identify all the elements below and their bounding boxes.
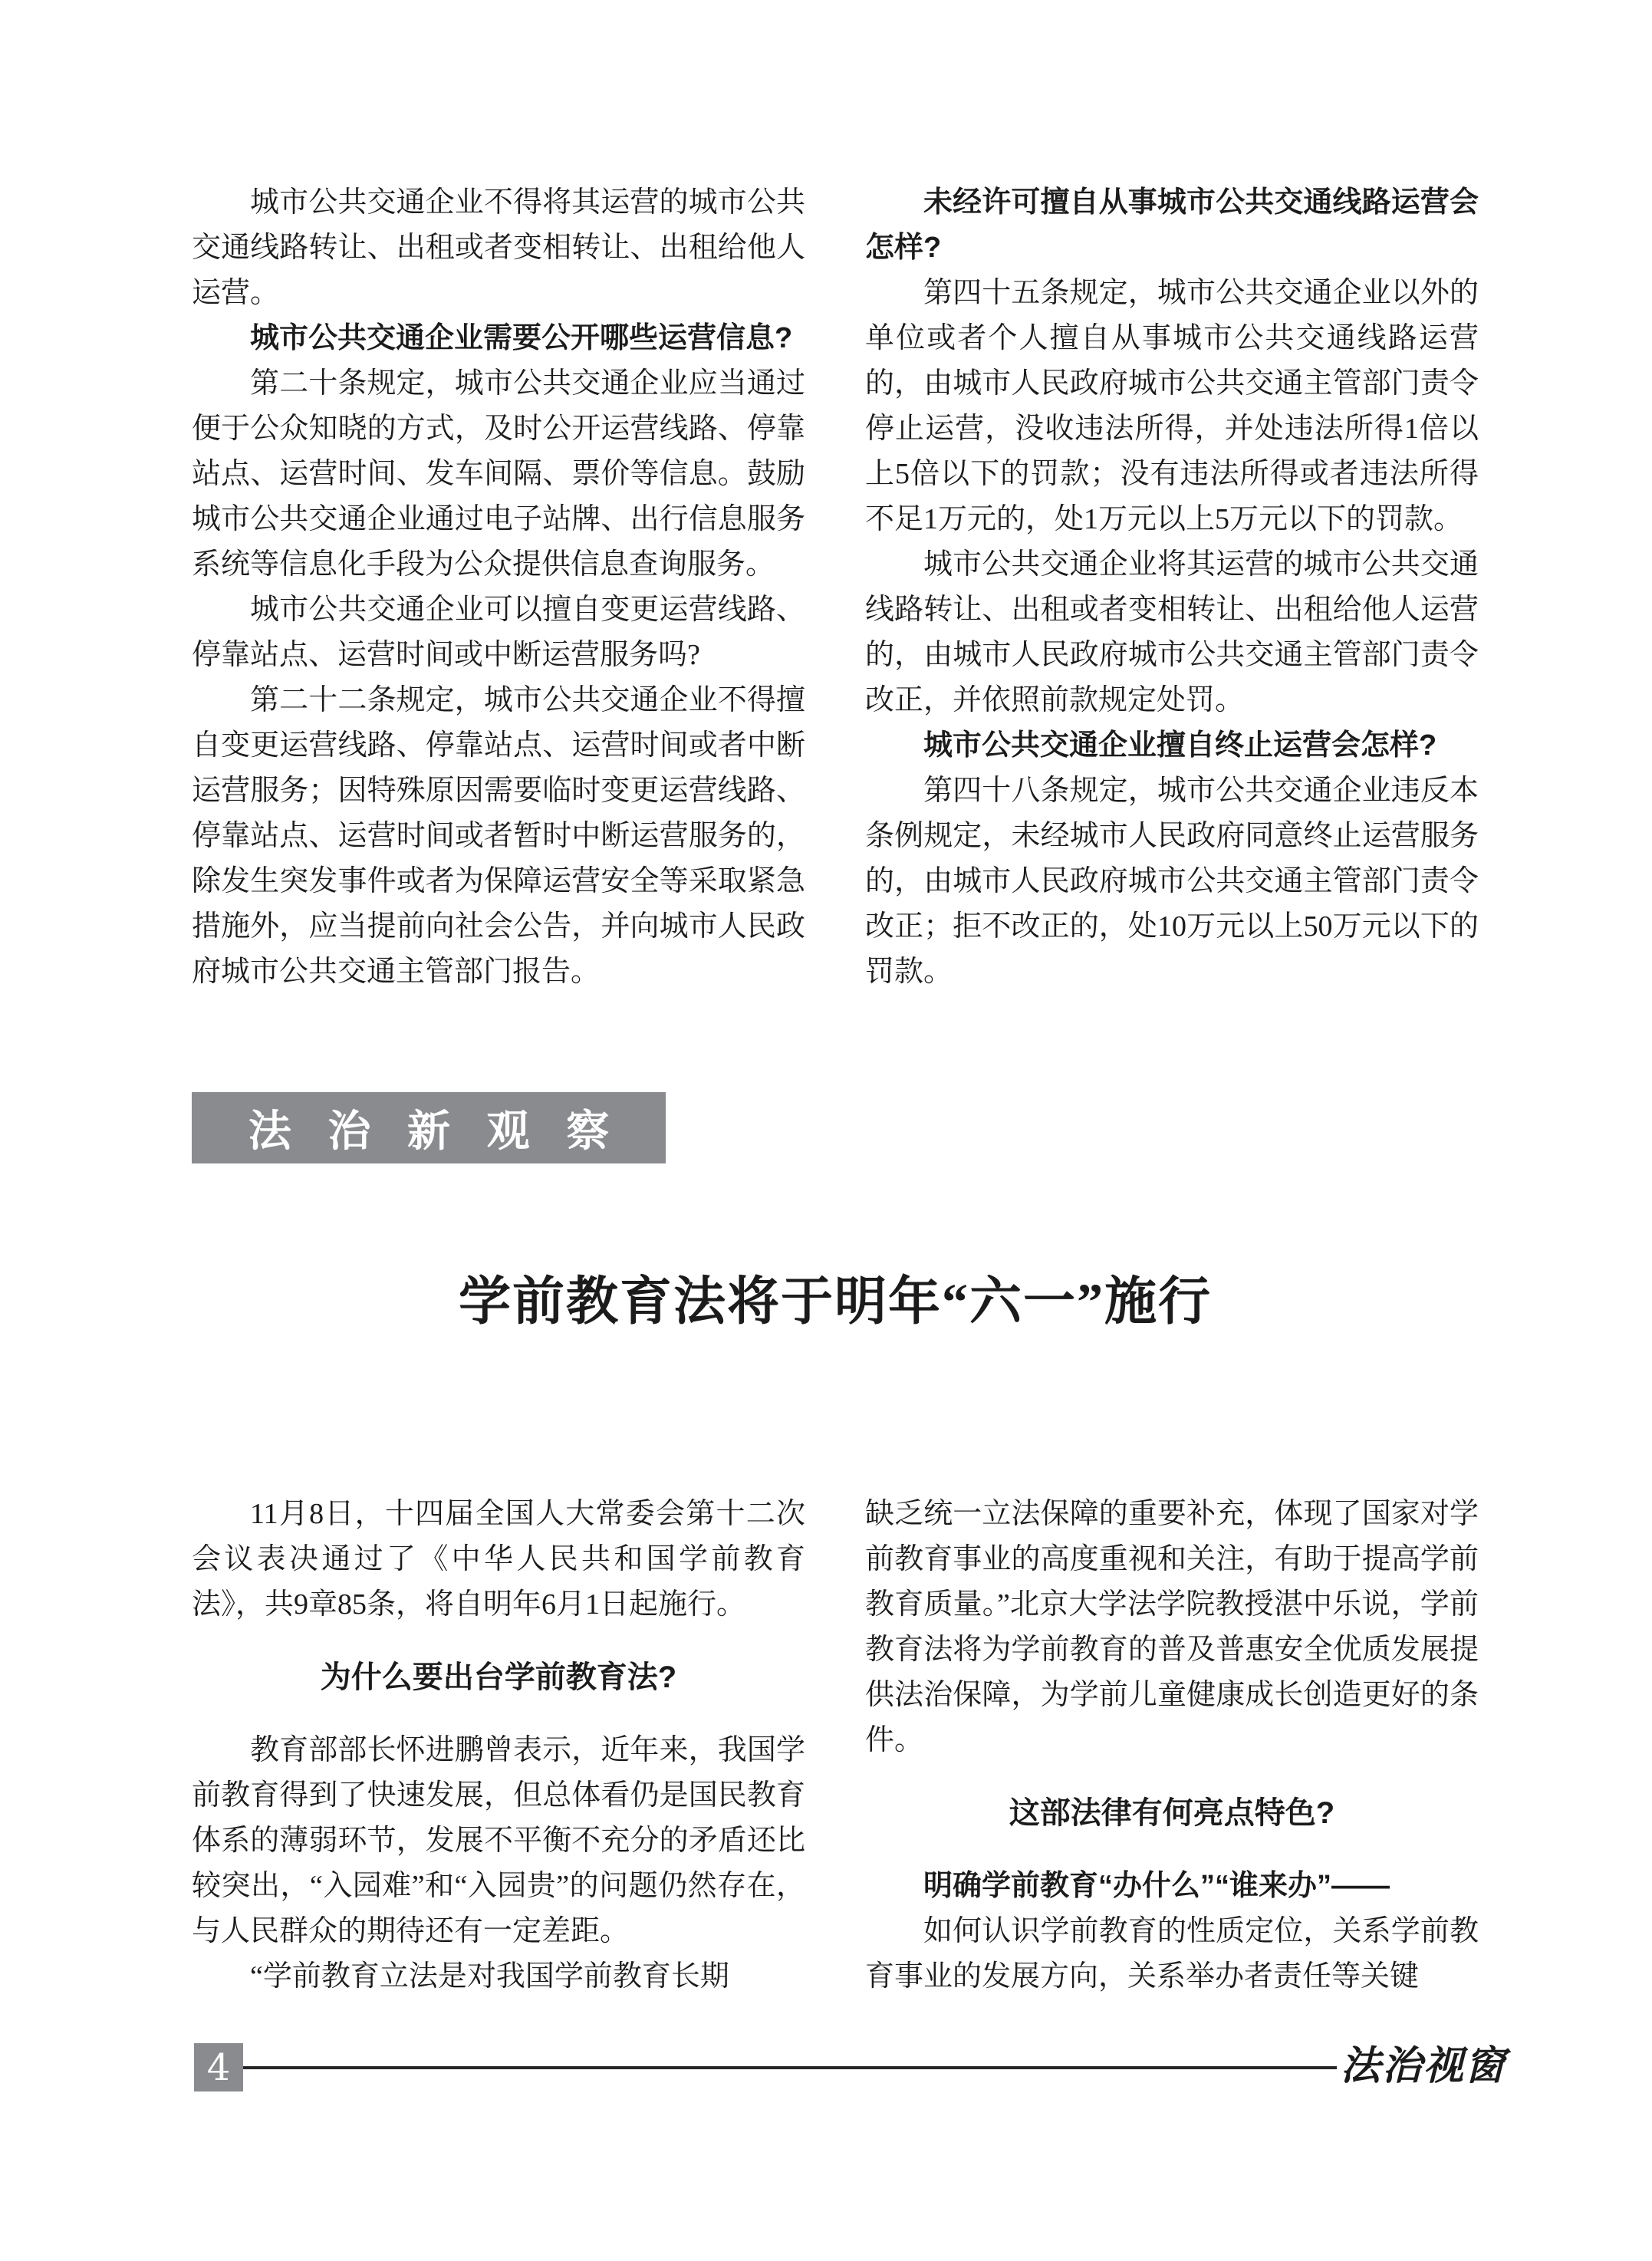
bold-lead-line: 明确学前教育“办什么”“谁来办”—— <box>865 1864 1479 1909</box>
top-left-column: 城市公共交通企业不得将其运营的城市公共交通线路转让、出租或者变相转让、出租给他人… <box>192 180 805 995</box>
page-number-badge: 4 <box>194 2043 243 2092</box>
page-number: 4 <box>207 2049 231 2086</box>
bottom-left-column: 11月8日，十四届全国人大常委会第十二次会议表决通过了《中华人民共和国学前教育法… <box>192 1492 805 1999</box>
paragraph: 第四十八条规定，城市公共交通企业违反本条例规定，未经城市人民政府同意终止运营服务… <box>865 768 1479 995</box>
question-heading: 城市公共交通企业擅自终止运营会怎样? <box>865 723 1479 768</box>
footer-brand: 法治视窗 <box>1341 2042 1494 2091</box>
paragraph: 如何认识学前教育的性质定位，关系学前教育事业的发展方向，关系举办者责任等关键 <box>865 1909 1479 1999</box>
sub-section-heading: 为什么要出台学前教育法? <box>192 1660 805 1696</box>
paragraph: 城市公共交通企业将其运营的城市公共交通线路转让、出租或者变相转让、出租给他人运营… <box>865 542 1479 723</box>
footer-rule <box>243 2066 1337 2069</box>
section-banner: 法治新观察 <box>192 1092 666 1163</box>
paragraph: 第二十二条规定，城市公共交通企业不得擅自变更运营线路、停靠站点、运营时间或者中断… <box>192 678 805 995</box>
question-paragraph: 城市公共交通企业可以擅自变更运营线路、停靠站点、运营时间或中断运营服务吗? <box>192 587 805 678</box>
paragraph: “学前教育立法是对我国学前教育长期 <box>192 1954 805 1999</box>
paragraph: 11月8日，十四届全国人大常委会第十二次会议表决通过了《中华人民共和国学前教育法… <box>192 1492 805 1627</box>
article-body-section: 11月8日，十四届全国人大常委会第十二次会议表决通过了《中华人民共和国学前教育法… <box>192 1492 1479 1999</box>
paragraph: 缺乏统一立法保障的重要补充，体现了国家对学前教育事业的高度重视和关注，有助于提高… <box>865 1492 1479 1763</box>
sub-section-heading: 这部法律有何亮点特色? <box>865 1795 1479 1832</box>
question-heading: 未经许可擅自从事城市公共交通线路运营会怎样? <box>865 180 1479 271</box>
question-heading: 城市公共交通企业需要公开哪些运营信息? <box>192 316 805 361</box>
top-right-column: 未经许可擅自从事城市公共交通线路运营会怎样? 第四十五条规定，城市公共交通企业以… <box>865 180 1479 995</box>
article-headline: 学前教育法将于明年“六一”施行 <box>192 1271 1479 1332</box>
paragraph: 城市公共交通企业不得将其运营的城市公共交通线路转让、出租或者变相转让、出租给他人… <box>192 180 805 316</box>
paragraph: 第二十条规定，城市公共交通企业应当通过便于公众知晓的方式，及时公开运营线路、停靠… <box>192 361 805 587</box>
page-content: 城市公共交通企业不得将其运营的城市公共交通线路转让、出租或者变相转让、出租给他人… <box>192 0 1479 1999</box>
top-section: 城市公共交通企业不得将其运营的城市公共交通线路转让、出租或者变相转让、出租给他人… <box>192 180 1479 995</box>
section-banner-label: 法治新观察 <box>248 1098 646 1159</box>
bottom-right-column: 缺乏统一立法保障的重要补充，体现了国家对学前教育事业的高度重视和关注，有助于提高… <box>865 1492 1479 1999</box>
magazine-page: 城市公共交通企业不得将其运营的城市公共交通线路转让、出租或者变相转让、出租给他人… <box>0 0 1652 2261</box>
paragraph: 教育部部长怀进鹏曾表示，近年来，我国学前教育得到了快速发展，但总体看仍是国民教育… <box>192 1728 805 1954</box>
paragraph: 第四十五条规定，城市公共交通企业以外的单位或者个人擅自从事城市公共交通线路运营的… <box>865 271 1479 542</box>
